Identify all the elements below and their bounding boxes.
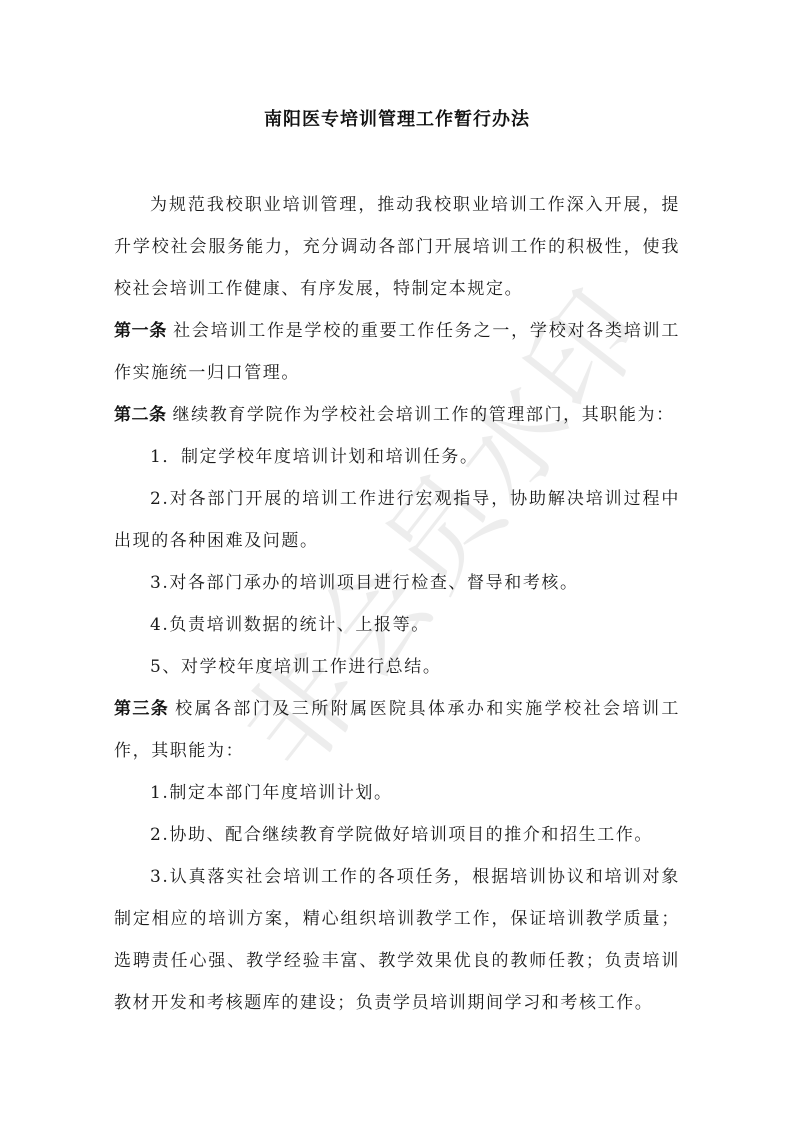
- article-3-item: 1.制定本部门年度培训计划。: [114, 772, 680, 814]
- article-1: 第一条社会培训工作是学校的重要工作任务之一，学校对各类培训工作实施统一归口管理。: [114, 310, 680, 394]
- document-page: 南阳医专培训管理工作暂行办法 为规范我校职业培训管理，推动我校职业培训工作深入开…: [0, 0, 794, 1123]
- article-2: 第二条继续教育学院作为学校社会培训工作的管理部门，其职能为：: [114, 394, 680, 436]
- article-3-heading: 第三条: [114, 699, 169, 719]
- document-title: 南阳医专培训管理工作暂行办法: [0, 105, 794, 131]
- article-3-text: 校属各部门及三所附属医院具体承办和实施学校社会培训工作，其职能为：: [114, 699, 680, 761]
- article-2-item: 5、对学校年度培训工作进行总结。: [114, 646, 680, 688]
- document-body: 为规范我校职业培训管理，推动我校职业培训工作深入开展，提升学校社会服务能力，充分…: [114, 184, 680, 1024]
- article-2-heading: 第二条: [114, 405, 167, 425]
- article-3-item: 2.协助、配合继续教育学院做好培训项目的推介和招生工作。: [114, 814, 680, 856]
- article-1-heading: 第一条: [114, 321, 167, 341]
- article-3: 第三条校属各部门及三所附属医院具体承办和实施学校社会培训工作，其职能为：: [114, 688, 680, 772]
- article-2-item: 1．制定学校年度培训计划和培训任务。: [114, 436, 680, 478]
- article-3-item: 3.认真落实社会培训工作的各项任务，根据培训协议和培训对象制定相应的培训方案，精…: [114, 856, 680, 1024]
- article-1-text: 社会培训工作是学校的重要工作任务之一，学校对各类培训工作实施统一归口管理。: [114, 321, 680, 383]
- intro-paragraph: 为规范我校职业培训管理，推动我校职业培训工作深入开展，提升学校社会服务能力，充分…: [114, 184, 680, 310]
- article-2-item: 2.对各部门开展的培训工作进行宏观指导，协助解决培训过程中出现的各种困难及问题。: [114, 478, 680, 562]
- article-2-text: 继续教育学院作为学校社会培训工作的管理部门，其职能为：: [173, 405, 675, 425]
- article-2-item: 3.对各部门承办的培训项目进行检查、督导和考核。: [114, 562, 680, 604]
- article-2-item: 4.负责培训数据的统计、上报等。: [114, 604, 680, 646]
